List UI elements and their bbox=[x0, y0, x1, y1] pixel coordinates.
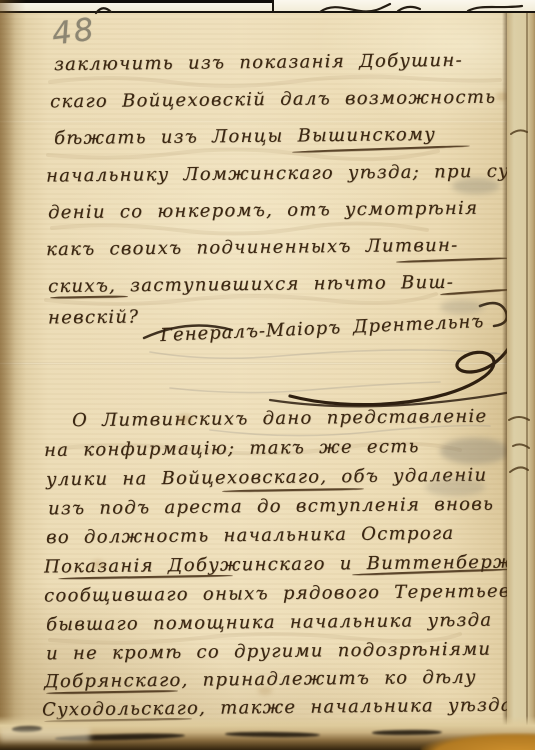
manuscript-line: какъ своихъ подчиненныхъ Литвин- bbox=[46, 235, 459, 260]
paper-crease bbox=[0, 120, 535, 123]
next-page-sliver bbox=[507, 13, 535, 728]
manuscript-line: скихъ, заступившихся нѣчто Виш- bbox=[48, 272, 454, 297]
pencil-smudge bbox=[440, 438, 510, 464]
binding-corner bbox=[421, 733, 535, 750]
manuscript-page-paper bbox=[0, 0, 535, 750]
manuscript-line: во должность начальника Острога bbox=[46, 523, 455, 548]
pencil-smudge bbox=[425, 478, 485, 496]
manuscript-line: невскій? bbox=[48, 307, 139, 329]
next-page-crease bbox=[526, 13, 528, 728]
pencil-smudge bbox=[440, 300, 484, 314]
page-bottom-edge bbox=[0, 716, 535, 750]
lower-page-highlight bbox=[0, 728, 90, 742]
manuscript-line: деніи со юнкеромъ, отъ усмотрѣнія bbox=[48, 198, 478, 224]
ink-smudge bbox=[225, 731, 320, 738]
manuscript-line: заключить изъ показанія Добушин- bbox=[54, 50, 463, 75]
manuscript-line: О Литвинскихъ дано представленіе bbox=[72, 406, 488, 431]
page-left-edge bbox=[0, 0, 26, 750]
manuscript-scan: 48 заключить изъ показанія Добушин- скаг… bbox=[0, 0, 535, 750]
foxing-spot bbox=[178, 414, 192, 424]
foxing-spot bbox=[258, 686, 272, 695]
previous-page-border-line bbox=[0, 0, 274, 3]
previous-page-border-corner bbox=[272, 0, 274, 13]
page-right-edge bbox=[502, 13, 507, 726]
page-number-pencil: 48 bbox=[50, 11, 98, 52]
paper-crease bbox=[0, 362, 535, 365]
manuscript-line: бѣжать изъ Лонцы Вышинскому bbox=[54, 124, 436, 149]
pencil-smudge bbox=[452, 178, 500, 194]
manuscript-line: на конфирмацію; такъ же есть bbox=[44, 436, 420, 461]
foxing-spot bbox=[92, 560, 104, 569]
